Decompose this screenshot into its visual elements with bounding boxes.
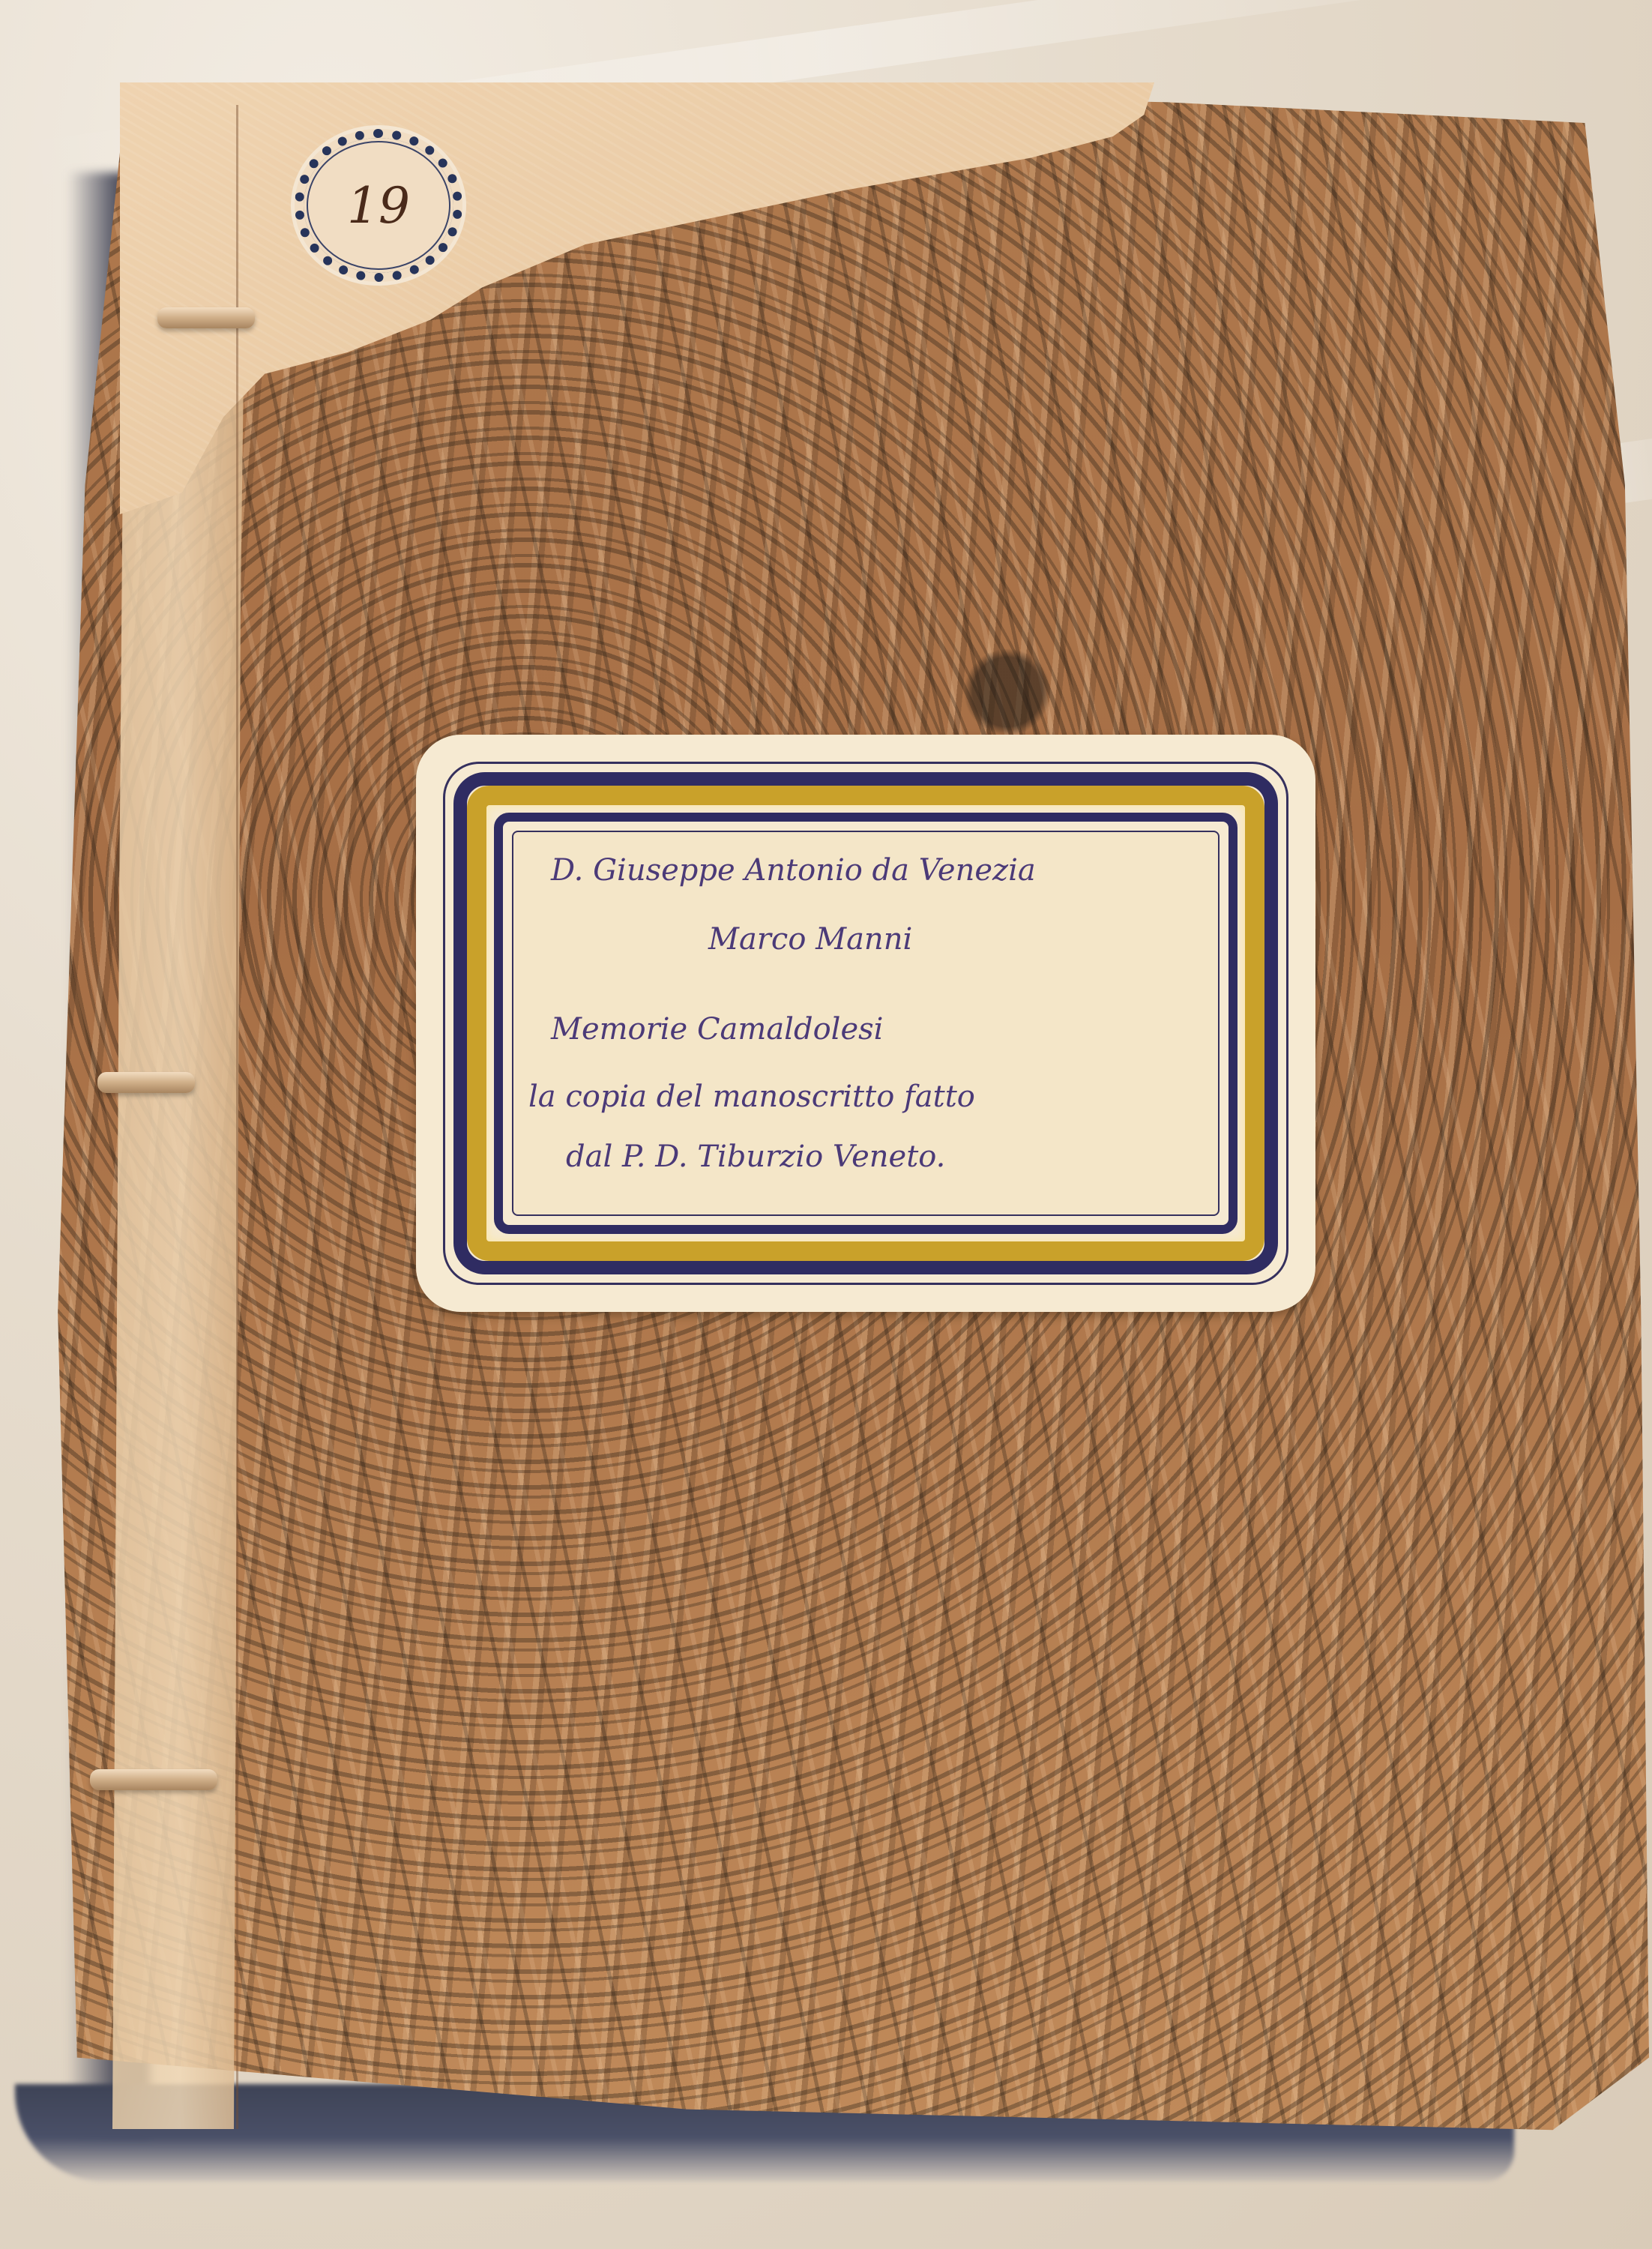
label-handwriting: D. Giuseppe Antonio da Venezia Marco Man… bbox=[521, 840, 1211, 1207]
label-line-author: D. Giuseppe Antonio da Venezia bbox=[551, 853, 1036, 888]
spine-crease bbox=[236, 105, 238, 2129]
binding-cord bbox=[90, 1769, 217, 1790]
shelf-number: 19 bbox=[347, 177, 410, 235]
label-line-name: Marco Manni bbox=[708, 922, 912, 957]
label-line-title: Memorie Camaldolesi bbox=[551, 1012, 883, 1047]
binding-cord bbox=[157, 307, 255, 328]
label-line-description: la copia del manoscritto fatto bbox=[528, 1080, 975, 1114]
shelf-number-sticker: 19 bbox=[295, 129, 462, 282]
title-label: D. Giuseppe Antonio da Venezia Marco Man… bbox=[416, 735, 1315, 1312]
binding-cord bbox=[97, 1072, 195, 1093]
label-line-source: dal P. D. Tiburzio Veneto. bbox=[566, 1139, 945, 1174]
